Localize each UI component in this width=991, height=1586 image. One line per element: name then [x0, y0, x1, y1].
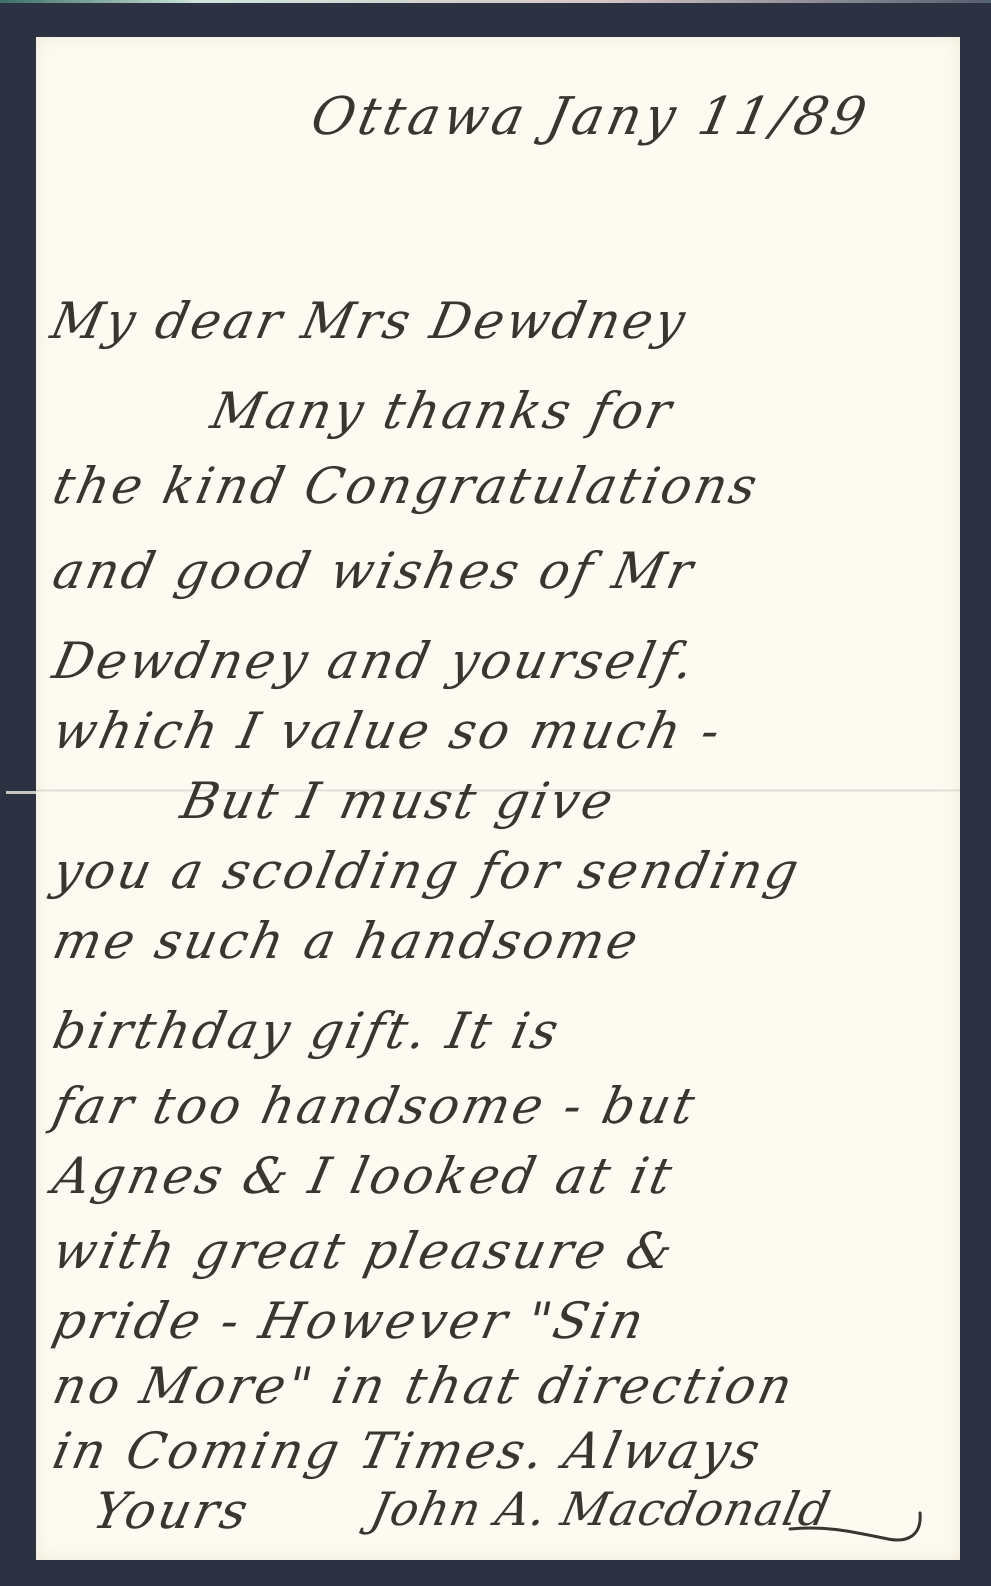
body-line: pride - However "Sin — [48, 1292, 652, 1350]
body-line: no More" in that direction — [48, 1357, 800, 1415]
body-line: But I must give — [176, 772, 621, 830]
body-line: and good wishes of Mr — [48, 542, 701, 600]
letter-paper: Ottawa Jany 11/89 My dear Mrs Dewdney Ma… — [36, 37, 960, 1560]
body-line: which I value so much - — [48, 702, 728, 760]
signature: John A. Macdonald — [366, 1482, 836, 1536]
place-date: Ottawa Jany 11/89 — [306, 87, 875, 147]
body-line: Dewdney and yourself. — [48, 632, 702, 690]
body-line: far too handsome - but — [48, 1077, 703, 1135]
fold-notch — [6, 791, 36, 794]
salutation: My dear Mrs Dewdney — [46, 292, 693, 350]
body-line: in Coming Times. Always — [48, 1422, 768, 1480]
body-line: with great pleasure & — [48, 1222, 681, 1280]
closing: Yours — [88, 1482, 256, 1540]
body-line: the kind Congratulations — [48, 457, 765, 515]
body-line: Many thanks for — [206, 382, 679, 440]
body-line: me such a handsome — [48, 912, 646, 970]
body-line: Agnes & I looked at it — [48, 1147, 680, 1205]
body-line: you a scolding for sending — [48, 842, 806, 900]
signature-flourish-icon — [788, 1507, 928, 1547]
body-line: birthday gift. It is — [48, 1002, 566, 1060]
